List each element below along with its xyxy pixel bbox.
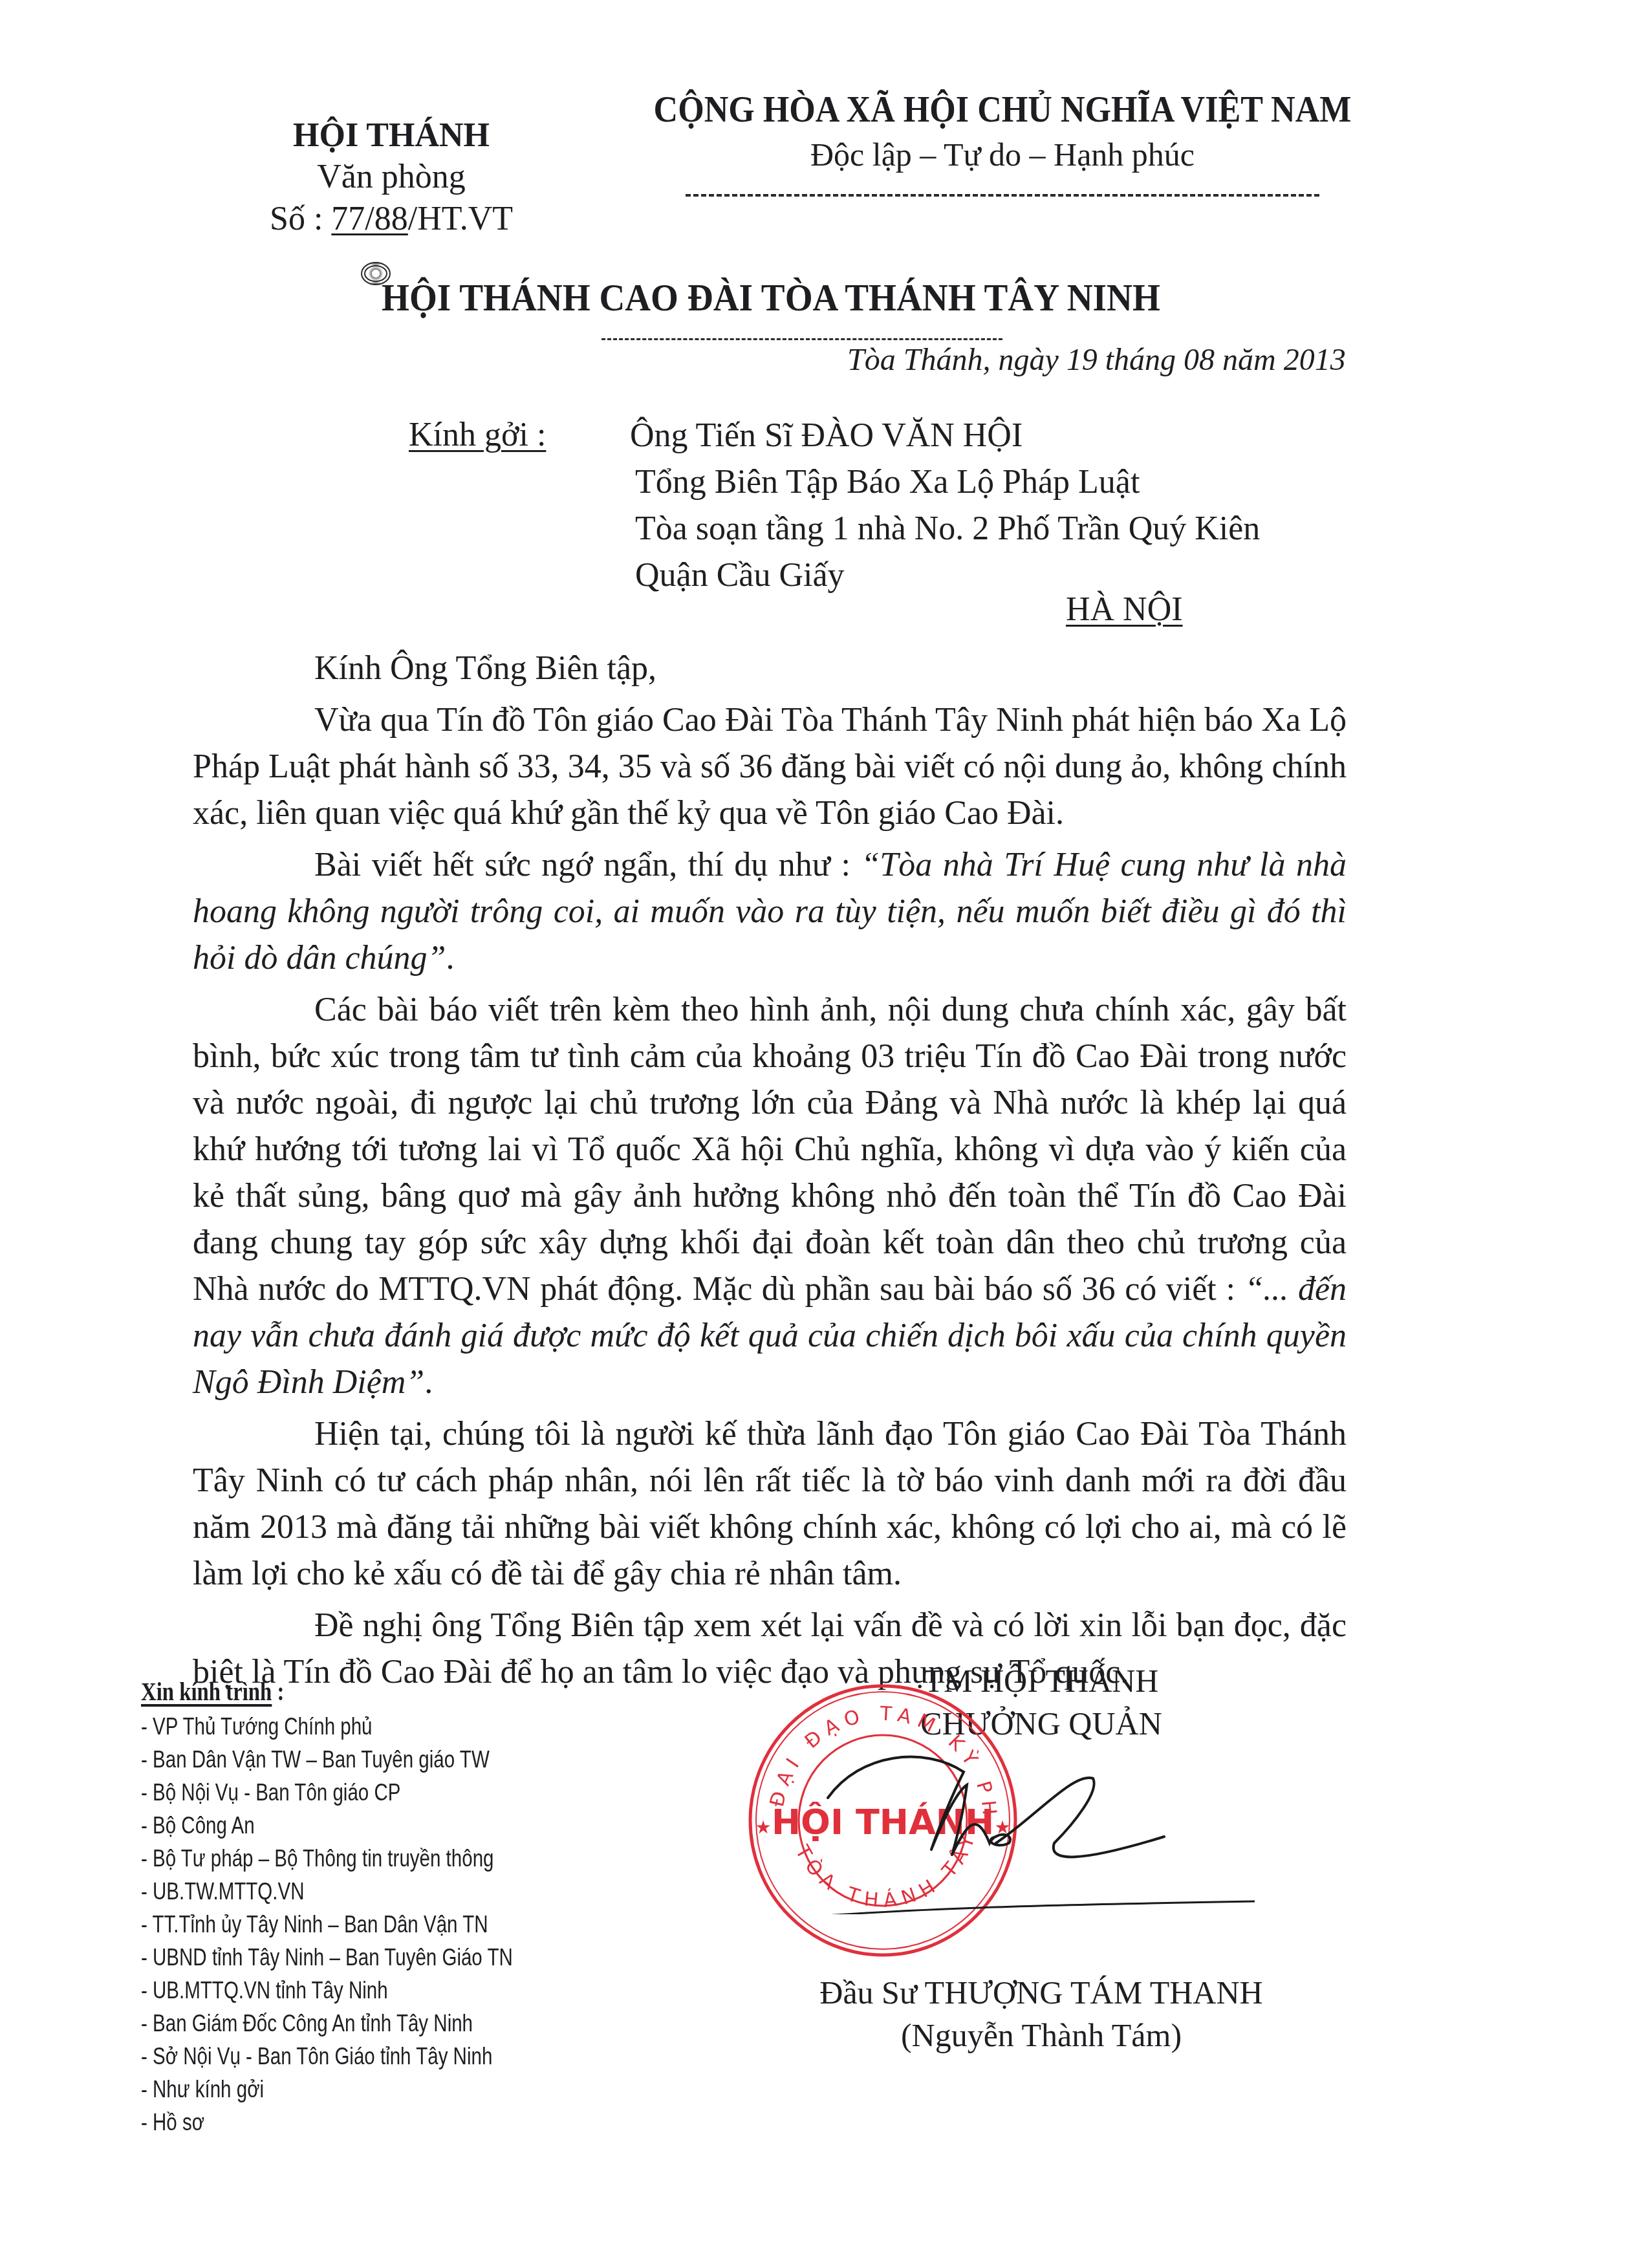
recipient-line: Ông Tiến Sĩ ĐÀO VĂN HỘI: [630, 413, 1260, 459]
recipient-line: Tổng Biên Tập Báo Xa Lộ Pháp Luật: [635, 459, 1260, 506]
main-title: HỘI THÁNH CAO ĐÀI TÒA THÁNH TÂY NINH: [382, 272, 1160, 323]
distribution-item: - UB.MTTQ.VN tỉnh Tây Ninh: [141, 1974, 513, 2007]
date-line: Tòa Thánh, ngày 19 tháng 08 năm 2013: [847, 338, 1346, 383]
distribution-item: - Như kính gởi: [141, 2073, 513, 2106]
heading-divider: [686, 194, 1319, 197]
document-number-label: Số :: [270, 200, 331, 237]
distribution-item: - VP Thủ Tướng Chính phủ: [141, 1710, 513, 1743]
recipient-line: Tòa soạn tầng 1 nhà No. 2 Phố Trần Quý K…: [635, 506, 1260, 552]
document-number: Số : 77/88/HT.VT: [239, 198, 543, 241]
paragraph: Bài viết hết sức ngớ ngẩn, thí dụ như : …: [193, 842, 1347, 982]
distribution-item: - Bộ Nội Vụ - Ban Tôn giáo CP: [141, 1776, 513, 1809]
on-behalf-of: TM HỘI THÁNH: [750, 1659, 1332, 1702]
distribution-item: - Bộ Tư pháp – Bộ Thông tin truyền thông: [141, 1842, 513, 1875]
salutation: Kính Ông Tổng Biên tập,: [193, 645, 1347, 692]
paragraph: Vừa qua Tín đồ Tôn giáo Cao Đài Tòa Thán…: [193, 697, 1347, 837]
issuer-organization: HỘI THÁNH: [239, 115, 543, 157]
distribution-item: - Bộ Công An: [141, 1809, 513, 1842]
distribution-item: - Sở Nội Vụ - Ban Tôn Giáo tỉnh Tây Ninh: [141, 2040, 513, 2073]
national-motto: Độc lập – Tự do – Hạnh phúc: [582, 135, 1423, 175]
paragraph: Các bài báo viết trên kèm theo hình ảnh,…: [193, 987, 1347, 1406]
distribution-item: - UB.TW.MTTQ.VN: [141, 1875, 513, 1908]
distribution-item: - Ban Giám Đốc Công An tỉnh Tây Ninh: [141, 2007, 513, 2040]
distribution-items: - VP Thủ Tướng Chính phủ- Ban Dân Vận TW…: [141, 1710, 513, 2139]
issuer-block: HỘI THÁNH Văn phòng Số : 77/88/HT.VT: [239, 115, 543, 241]
recipient-label: Kính gởi :: [409, 413, 546, 458]
distribution-item: - UBND tỉnh Tây Ninh – Ban Tuyên Giáo TN: [141, 1941, 513, 1974]
recipient-city: HÀ NỘI: [1066, 587, 1183, 632]
distribution-item: - Hồ sơ: [141, 2106, 513, 2139]
document-number-suffix: /HT.VT: [408, 200, 513, 237]
issuer-department: Văn phòng: [239, 157, 543, 198]
document-number-value: 77/88: [331, 200, 407, 237]
nation-title: CỘNG HÒA XÃ HỘI CHỦ NGHĨA VIỆT NAM: [612, 85, 1394, 135]
recipient-address: Ông Tiến Sĩ ĐÀO VĂN HỘI Tổng Biên Tập Bá…: [635, 413, 1260, 599]
distribution-list: Xin kính trình : - VP Thủ Tướng Chính ph…: [141, 1674, 513, 2139]
distribution-heading: Xin kính trình :: [141, 1674, 513, 1710]
paragraph: Hiện tại, chúng tôi là người kế thừa lãn…: [193, 1411, 1347, 1597]
signer-title: CHƯỞNG QUẢN: [750, 1702, 1332, 1745]
signer-name: Đầu Sư THƯỢNG TÁM THANH: [750, 1971, 1332, 2014]
distribution-item: - Ban Dân Vận TW – Ban Tuyên giáo TW: [141, 1743, 513, 1776]
signer-real-name: (Nguyễn Thành Tám): [750, 2014, 1332, 2057]
distribution-item: - TT.Tỉnh ủy Tây Ninh – Ban Dân Vận TN: [141, 1908, 513, 1941]
national-heading: CỘNG HÒA XÃ HỘI CHỦ NGHĨA VIỆT NAM Độc l…: [582, 85, 1423, 175]
signature-block: TM HỘI THÁNH CHƯỞNG QUẢN Đầu Sư THƯỢNG T…: [750, 1659, 1332, 2057]
letter-body: Kính Ông Tổng Biên tập, Vừa qua Tín đồ T…: [193, 645, 1347, 1696]
